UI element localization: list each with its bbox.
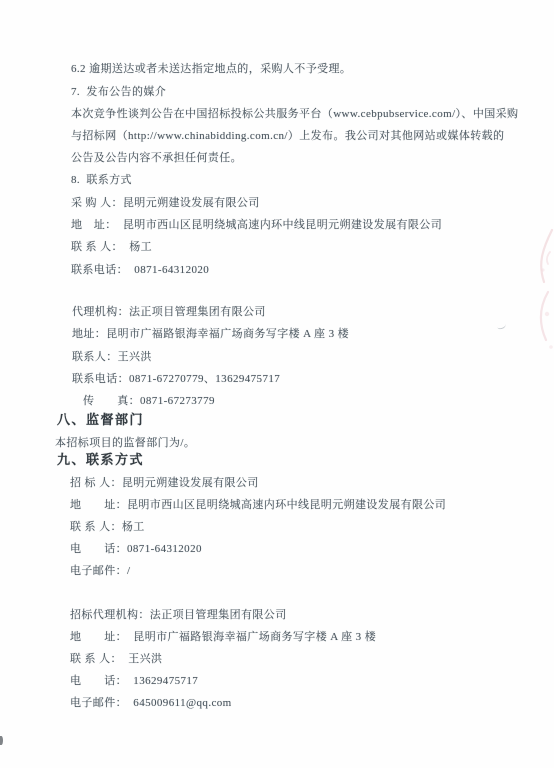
scan-edge-speck-artifact [0,736,3,745]
tender-agency-phone: 电 话： 13629475717 [70,674,198,688]
purchaser-name: 采 购 人：昆明元朔建设发展有限公司 [71,196,260,210]
tender-agency-name: 招标代理机构：法正项目管理集团有限公司 [70,608,287,622]
tenderer-email: 电子邮件：/ [70,564,130,578]
tender-agency-email: 电子邮件： 645009611@qq.com [70,696,232,710]
scanned-document-page: 6.2 逾期送达或者未送达指定地点的，采购人不予受理。 7. 发布公告的媒介 本… [0,0,554,768]
purchaser-address: 地 址： 昆明市西山区昆明绕城高速内环中线昆明元朔建设发展有限公司 [71,218,442,232]
clause-6-2: 6.2 逾期送达或者未送达指定地点的，采购人不予受理。 [71,62,351,76]
announcement-media-line-2: 与招标网（http://www.chinabidding.com.cn/）上发布… [71,129,504,143]
agency-name: 代理机构：法正项目管理集团有限公司 [72,305,266,319]
purchaser-phone: 联系电话： 0871-64312020 [71,263,209,277]
pencil-check-mark-artifact [496,321,506,330]
tender-agency-address: 地 址： 昆明市广福路银海幸福广场商务写字楼 A 座 3 楼 [70,630,376,644]
tenderer-contact-person: 联 系 人：杨工 [70,520,145,534]
section-9-contact-heading: 九、联系方式 [57,453,144,467]
tender-agency-contact-person: 联 系 人： 王兴洪 [70,652,162,666]
tenderer-phone: 电 话：0871-64312020 [70,542,202,556]
tenderer-name: 招 标 人：昆明元朔建设发展有限公司 [70,476,259,490]
announcement-media-line-1: 本次竞争性谈判公告在中国招标投标公共服务平台（www.cebpubservice… [71,107,518,121]
section-8-heading: 8. 联系方式 [71,173,132,187]
agency-address: 地址：昆明市广福路银海幸福广场商务写字楼 A 座 3 楼 [72,327,349,341]
agency-contact-person: 联系人：王兴洪 [72,350,152,364]
section-7-heading: 7. 发布公告的媒介 [71,85,166,99]
announcement-media-line-3: 公告及公告内容不承担任何责任。 [71,151,242,165]
agency-phone: 联系电话：0871-67270779、13629475717 [72,372,280,386]
supervision-department-line: 本招标项目的监督部门为/。 [55,436,195,450]
tenderer-address: 地 址：昆明市西山区昆明绕城高速内环中线昆明元朔建设发展有限公司 [70,498,446,512]
red-seal-stamp-fragment [522,222,554,357]
section-8-supervision-heading: 八、监督部门 [57,413,144,427]
purchaser-contact-person: 联 系 人： 杨工 [71,240,152,254]
agency-fax: 传 真：0871-67273779 [83,394,215,408]
